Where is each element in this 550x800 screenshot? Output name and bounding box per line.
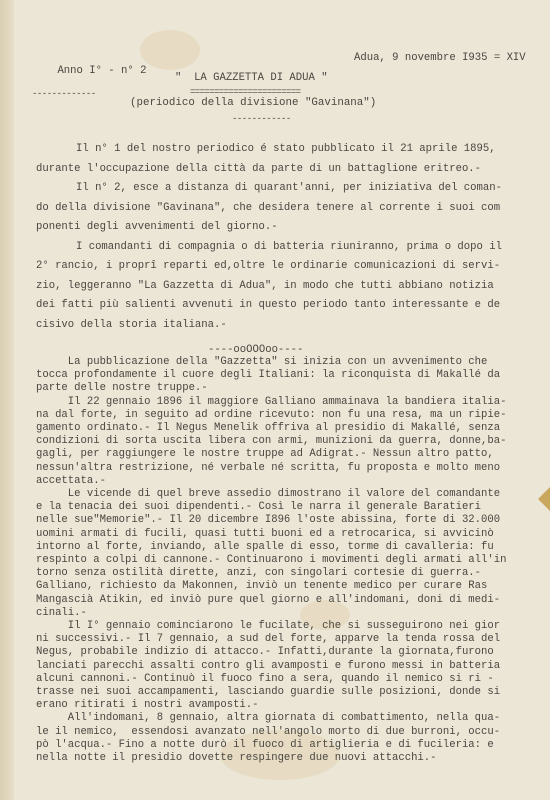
subtitle-underline: ------------: [232, 113, 291, 126]
text-line: Il 22 gennaio 1896 il maggiore Galliano …: [36, 396, 520, 409]
text-line: cinali.-: [36, 607, 520, 620]
intro-paragraph-2: Il n° 2, esce a distanza di quarant'anni…: [36, 179, 520, 238]
article-section: La pubblicazione della "Gazzetta" si ini…: [36, 356, 520, 765]
text-line: lanciati parecchi assalti contro gli ava…: [36, 660, 520, 673]
text-line: zio, leggeranno "La Gazzetta di Adua", i…: [36, 277, 520, 297]
text-line: ni successivi.- Il 7 gennaio, a sud del …: [36, 633, 520, 646]
newspaper-subtitle: (periodico della divisione "Gavinana"): [130, 97, 376, 110]
text-line: respinto a colpi di cannone.- Continuaro…: [36, 554, 520, 567]
text-line: parte delle nostre truppe.-: [36, 382, 520, 395]
text-line: Mangascià Atikin, ed inviò pure quel gio…: [36, 594, 520, 607]
text-line: gamento ordinato.- Il Negus Menelik offr…: [36, 422, 520, 435]
typewritten-page: Anno I° - n° 2 ------------- Adua, 9 nov…: [0, 0, 550, 800]
text-line: alcuni cannoni.- Continuò il fuoco fino …: [36, 673, 520, 686]
intro-section: Il n° 1 del nostro periodico é stato pub…: [36, 140, 520, 335]
text-line: do della divisione "Gavinana", che desid…: [36, 199, 520, 219]
text-line: I comandanti di compagnia o di batteria …: [36, 238, 520, 258]
text-line: durante l'occupazione della città da par…: [36, 160, 520, 180]
text-line: torno senza ostilità dirette, anzi, con …: [36, 567, 520, 580]
text-line: Galliano, richiesto da Makonnen, inviò u…: [36, 580, 520, 593]
text-line: Il I° gennaio cominciarono le fucilate, …: [36, 620, 520, 633]
place-date: Adua, 9 novembre I935 = XIV: [354, 52, 526, 65]
text-line: ponenti degli avvenimenti del giorno.-: [36, 218, 520, 238]
text-line: trasse nei suoi accampamenti, lasciando …: [36, 686, 520, 699]
text-line: uomini armati di fucili, quasi tutti buo…: [36, 528, 520, 541]
text-line: La pubblicazione della "Gazzetta" si ini…: [36, 356, 520, 369]
text-line: pò l'acqua.- Fino a notte durò il fuoco …: [36, 739, 520, 752]
intro-paragraph-3: I comandanti di compagnia o di batteria …: [36, 238, 520, 336]
text-line: Negus, probabile indizio di attacco.- In…: [36, 646, 520, 659]
text-line: 2° rancio, i proprî reparti ed,oltre le …: [36, 257, 520, 277]
text-line: accettata.-: [36, 475, 520, 488]
issue-number: Anno I° - n° 2 -------------: [32, 52, 146, 123]
newspaper-title: " LA GAZZETTA DI ADUA ": [175, 72, 328, 85]
text-line: Le vicende di quel breve assedio dimostr…: [36, 488, 520, 501]
text-line: Il n° 1 del nostro periodico é stato pub…: [36, 140, 520, 160]
text-line: nelle sue"Memorie".- Il 20 dicembre I896…: [36, 514, 520, 527]
text-line: gagli, per raggiungere le nostre truppe …: [36, 448, 520, 461]
text-line: e la tenacia dei suoi dipendenti.- Così …: [36, 501, 520, 514]
text-line: erano ritirati i nostri avamposti.-: [36, 699, 520, 712]
text-line: condizioni di sorta uscita libera con ar…: [36, 435, 520, 448]
text-line: nella notte il presidio dovette respinge…: [36, 752, 520, 765]
issue-label: Anno I° - n° 2: [57, 65, 146, 77]
text-line: intorno al forte, inviando, alle spalle …: [36, 541, 520, 554]
text-line: All'indomani, 8 gennaio, altra giornata …: [36, 712, 520, 725]
text-line: le il nemico, essendosi avanzato nell'an…: [36, 726, 520, 739]
intro-paragraph-1: Il n° 1 del nostro periodico é stato pub…: [36, 140, 520, 179]
text-line: na dal forte, in seguito ad ordine ricev…: [36, 409, 520, 422]
text-line: dei fatti più salienti avvenuti in quest…: [36, 296, 520, 316]
text-line: nessun'altra restrizione, né verbale né …: [36, 462, 520, 475]
text-line: cisivo della storia italiana.-: [36, 316, 520, 336]
text-line: Il n° 2, esce a distanza di quarant'anni…: [36, 179, 520, 199]
text-line: tocca profondamente il cuore degli Itali…: [36, 369, 520, 382]
